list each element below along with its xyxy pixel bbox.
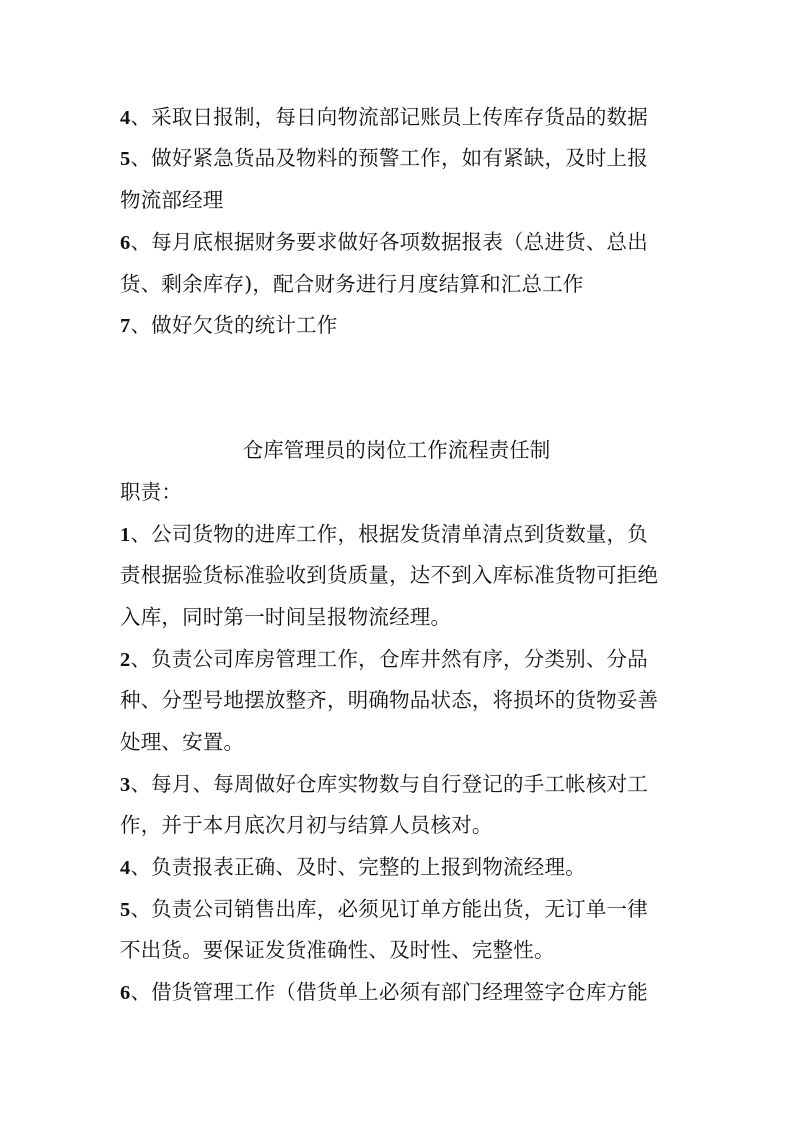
list-item: 4、负责报表正确、及时、完整的上报到物流经理。 (120, 846, 680, 888)
item-text: 处理、安置。 (120, 730, 244, 754)
list-item-continuation: 货、剩余库存)，配合财务进行月度结算和汇总工作 (120, 263, 680, 305)
item-number: 2 (120, 649, 130, 671)
item-text: 、负责报表正确、及时、完整的上报到物流经理。 (130, 855, 585, 879)
section-title: 仓库管理员的岗位工作流程责任制 (0, 429, 793, 471)
item-text: 、公司货物的进库工作，根据发货清单清点到货数量，负 (130, 522, 648, 546)
item-text: 不出货。要保证发货准确性、及时性、完整性。 (120, 938, 555, 962)
item-number: 5 (120, 899, 130, 921)
list-item-continuation: 入库，同时第一时间呈报物流经理。 (120, 596, 680, 638)
item-number: 5 (120, 148, 130, 170)
item-text: 种、分型号地摆放整齐，明确物品状态，将损坏的货物妥善 (120, 688, 658, 712)
list-item-continuation: 责根据验货标准验收到货质量，达不到入库标准货物可拒绝 (120, 554, 680, 596)
list-item: 6、每月底根据财务要求做好各项数据报表（总进货、总出 (120, 221, 680, 263)
list-item-continuation: 种、分型号地摆放整齐，明确物品状态，将损坏的货物妥善 (120, 679, 680, 721)
list-item: 6、借货管理工作（借货单上必须有部门经理签字仓库方能 (120, 971, 680, 1013)
item-number: 6 (120, 982, 130, 1004)
item-text: 作，并于本月底次月初与结算人员核对。 (120, 813, 493, 837)
item-number: 4 (120, 857, 130, 879)
item-text: 物流部经理 (120, 188, 224, 212)
item-number: 4 (120, 107, 130, 129)
item-text: 、借货管理工作（借货单上必须有部门经理签字仓库方能 (130, 980, 648, 1004)
list-item: 5、负责公司销售出库，必须见订单方能出货，无订单一律 (120, 888, 680, 930)
item-text: 、负责公司库房管理工作，仓库井然有序，分类别、分品 (130, 647, 648, 671)
duties-label: 职责： (120, 471, 680, 513)
item-number: 7 (120, 315, 130, 337)
item-number: 3 (120, 774, 130, 796)
list-item: 4、采取日报制，每日向物流部记账员上传库存货品的数据 (120, 96, 680, 138)
item-number: 1 (120, 524, 130, 546)
list-item: 1、公司货物的进库工作，根据发货清单清点到货数量，负 (120, 513, 680, 555)
item-text: 货、剩余库存)，配合财务进行月度结算和汇总工作 (120, 272, 584, 296)
list-item: 7、做好欠货的统计工作 (120, 304, 680, 346)
list-item-continuation: 不出货。要保证发货准确性、及时性、完整性。 (120, 929, 680, 971)
item-text: 、每月底根据财务要求做好各项数据报表（总进货、总出 (130, 230, 648, 254)
item-text: 、负责公司销售出库，必须见订单方能出货，无订单一律 (130, 897, 648, 921)
list-item-continuation: 作，并于本月底次月初与结算人员核对。 (120, 804, 680, 846)
list-item: 5、做好紧急货品及物料的预警工作，如有紧缺，及时上报 (120, 137, 680, 179)
document-page: 4、采取日报制，每日向物流部记账员上传库存货品的数据 5、做好紧急货品及物料的预… (0, 0, 793, 1122)
item-text: 、每月、每周做好仓库实物数与自行登记的手工帐核对工 (130, 772, 648, 796)
list-item: 3、每月、每周做好仓库实物数与自行登记的手工帐核对工 (120, 763, 680, 805)
item-text: 、采取日报制，每日向物流部记账员上传库存货品的数据 (130, 105, 648, 129)
item-number: 6 (120, 232, 130, 254)
item-text: 入库，同时第一时间呈报物流经理。 (120, 605, 451, 629)
list-item-continuation: 处理、安置。 (120, 721, 680, 763)
list-item-continuation: 物流部经理 (120, 179, 680, 221)
item-text: 责根据验货标准验收到货质量，达不到入库标准货物可拒绝 (120, 563, 658, 587)
item-text: 、做好欠货的统计工作 (130, 313, 337, 337)
list-item: 2、负责公司库房管理工作，仓库井然有序，分类别、分品 (120, 638, 680, 680)
item-text: 、做好紧急货品及物料的预警工作，如有紧缺，及时上报 (130, 146, 648, 170)
